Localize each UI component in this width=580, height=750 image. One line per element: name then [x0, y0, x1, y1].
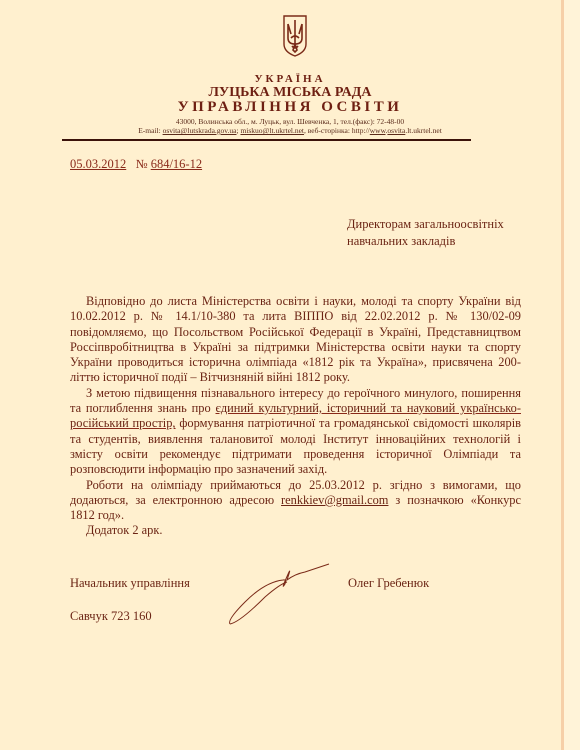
letter-number: 684/16-12 — [151, 157, 202, 171]
email-label: E-mail: — [138, 126, 162, 135]
number-label: № — [136, 157, 148, 171]
signatory-name: Олег Гребенюк — [348, 576, 429, 591]
letterhead-country: УКРАЇНА — [0, 73, 580, 85]
addressee-line-2: навчальних закладів — [347, 233, 504, 250]
letter-body: Відповідно до листа Міністерства освіти … — [70, 294, 521, 539]
letterhead-contacts: E-mail: osvita@lutskrada.gov.ua; miskuo@… — [0, 126, 580, 135]
web-link-site[interactable]: osvita — [387, 126, 405, 135]
letter-date: 05.03.2012 — [70, 157, 126, 171]
email-link-miskuo[interactable]: miskuo@lt.ukrtel.net — [240, 126, 304, 135]
letterhead-divider — [62, 139, 471, 141]
body-paragraph-attachment: Додаток 2 арк. — [70, 523, 521, 538]
body-paragraph-1: Відповідно до листа Міністерства освіти … — [70, 294, 521, 386]
signatory-title: Начальник управління — [70, 576, 190, 591]
reference-line: 05.03.2012 № 684/16-12 — [70, 157, 202, 172]
addressee-block: Директорам загальноосвітніх навчальних з… — [347, 216, 504, 250]
email-link-osvita[interactable]: osvita@lutskrada.gov.ua — [163, 126, 237, 135]
contest-email-link[interactable]: renkkiev@gmail.com — [281, 493, 388, 507]
letterhead-department: УПРАВЛІННЯ ОСВІТИ — [0, 99, 580, 116]
handwritten-signature-icon — [225, 562, 335, 632]
letterhead-address: 43000, Волинська обл., м. Луцьк, вул. Ше… — [0, 117, 580, 126]
letter-page: УКРАЇНА ЛУЦЬКА МІСЬКА РАДА УПРАВЛІННЯ ОС… — [0, 0, 580, 750]
web-rest: .lt.ukrtel.net — [405, 126, 441, 135]
trident-coat-of-arms-icon — [282, 14, 308, 58]
executor-contact: Савчук 723 160 — [70, 609, 152, 624]
addressee-line-1: Директорам загальноосвітніх — [347, 216, 504, 233]
web-label: , веб-сторінка: http:// — [304, 126, 370, 135]
body-paragraph-3: Роботи на олімпіаду приймаються до 25.03… — [70, 478, 521, 524]
web-link-www[interactable]: www — [370, 126, 386, 135]
body-paragraph-2: З метою підвищення пізнавального інтерес… — [70, 386, 521, 478]
